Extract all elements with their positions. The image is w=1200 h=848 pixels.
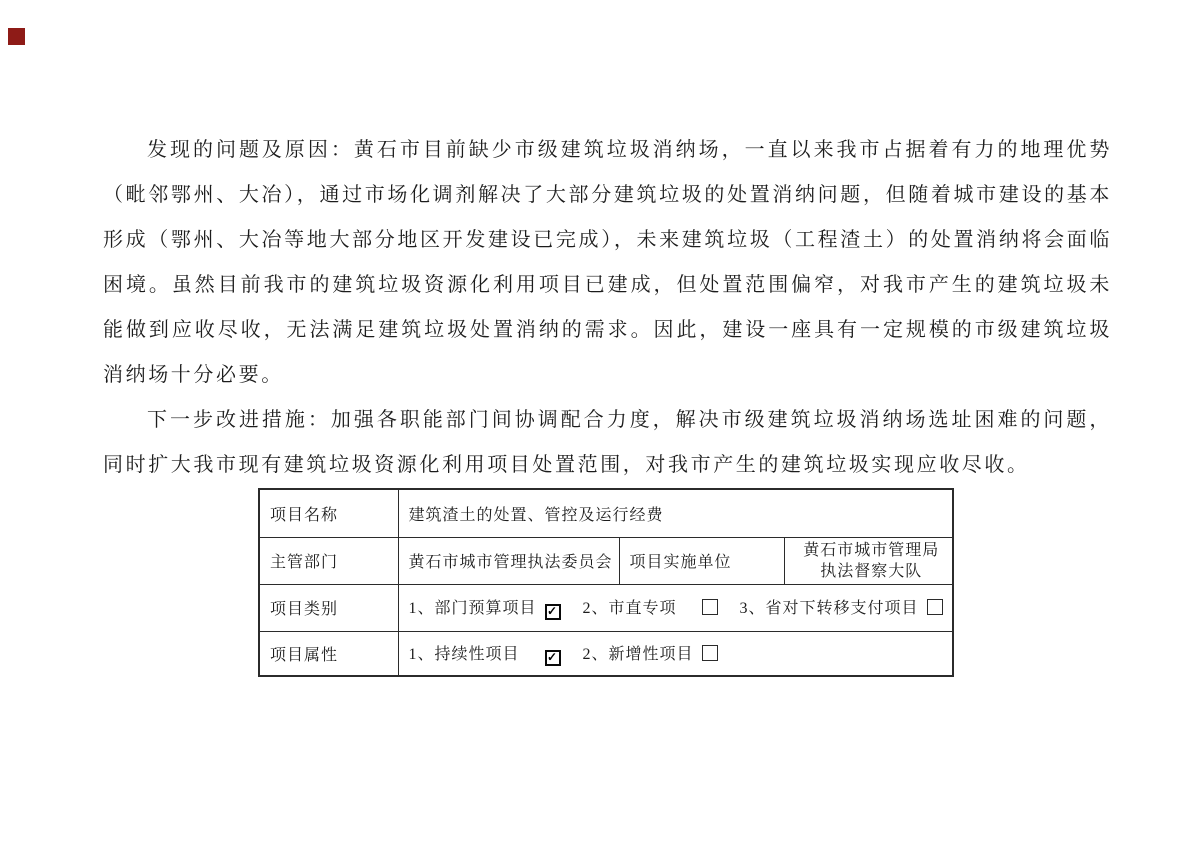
implementing-unit-label: 项目实施单位: [619, 537, 784, 584]
project-name-value: 建筑渣土的处置、管控及运行经费: [398, 489, 953, 537]
checkbox-option-label: 2、新增性项目: [583, 646, 694, 663]
checkbox-option: 3、省对下转移支付项目: [740, 595, 943, 618]
document-page: 发现的问题及原因：黄石市目前缺少市级建筑垃圾消纳场，一直以来我市占据着有力的地理…: [0, 0, 1200, 848]
implementing-unit-value-line2: 执法督察大队: [795, 561, 949, 582]
project-attribute-options: 1、持续性项目 ✓2、新增性项目: [398, 631, 953, 676]
supervising-department-value: 黄石市城市管理执法委员会: [398, 537, 619, 584]
table-row-project-category: 项目类别 1、部门预算项目✓2、市直专项 3、省对下转移支付项目: [259, 584, 953, 631]
checkbox-unchecked-icon[interactable]: [927, 599, 943, 615]
implementing-unit-value: 黄石市城市管理局 执法督察大队: [784, 537, 953, 584]
checkbox-option: 2、市直专项: [583, 595, 718, 618]
project-name-label: 项目名称: [259, 489, 398, 537]
table-row-project-attribute: 项目属性 1、持续性项目 ✓2、新增性项目: [259, 631, 953, 676]
checkbox-option: 1、部门预算项目✓: [409, 595, 561, 620]
checkbox-option-label: 1、持续性项目: [409, 646, 537, 663]
paragraph-next-step-measures: 下一步改进措施：加强各职能部门间协调配合力度，解决市级建筑垃圾消纳场选址困难的问…: [103, 398, 1112, 488]
implementing-unit-value-line1: 黄石市城市管理局: [795, 540, 949, 561]
checkbox-checked-icon[interactable]: ✓: [545, 604, 561, 620]
checkbox-unchecked-icon[interactable]: [702, 599, 718, 615]
paragraph-problems-and-causes: 发现的问题及原因：黄石市目前缺少市级建筑垃圾消纳场，一直以来我市占据着有力的地理…: [103, 128, 1112, 398]
checkbox-option-label: 2、市直专项: [583, 600, 694, 617]
checkbox-checked-icon[interactable]: ✓: [545, 650, 561, 666]
checkbox-option-label: 3、省对下转移支付项目: [740, 600, 919, 617]
table-row-project-name: 项目名称 建筑渣土的处置、管控及运行经费: [259, 489, 953, 537]
checkbox-option-label: 1、部门预算项目: [409, 600, 537, 617]
project-info-table: 项目名称 建筑渣土的处置、管控及运行经费 主管部门 黄石市城市管理执法委员会 项…: [258, 488, 954, 677]
red-corner-marker: [8, 28, 25, 45]
project-attribute-label: 项目属性: [259, 631, 398, 676]
checkbox-unchecked-icon[interactable]: [702, 645, 718, 661]
table-row-departments: 主管部门 黄石市城市管理执法委员会 项目实施单位 黄石市城市管理局 执法督察大队: [259, 537, 953, 584]
checkbox-option: 1、持续性项目 ✓: [409, 641, 561, 666]
project-category-label: 项目类别: [259, 584, 398, 631]
supervising-department-label: 主管部门: [259, 537, 398, 584]
project-category-options: 1、部门预算项目✓2、市直专项 3、省对下转移支付项目: [398, 584, 953, 631]
document-content: 发现的问题及原因：黄石市目前缺少市级建筑垃圾消纳场，一直以来我市占据着有力的地理…: [103, 128, 1112, 677]
checkbox-option: 2、新增性项目: [583, 641, 718, 664]
